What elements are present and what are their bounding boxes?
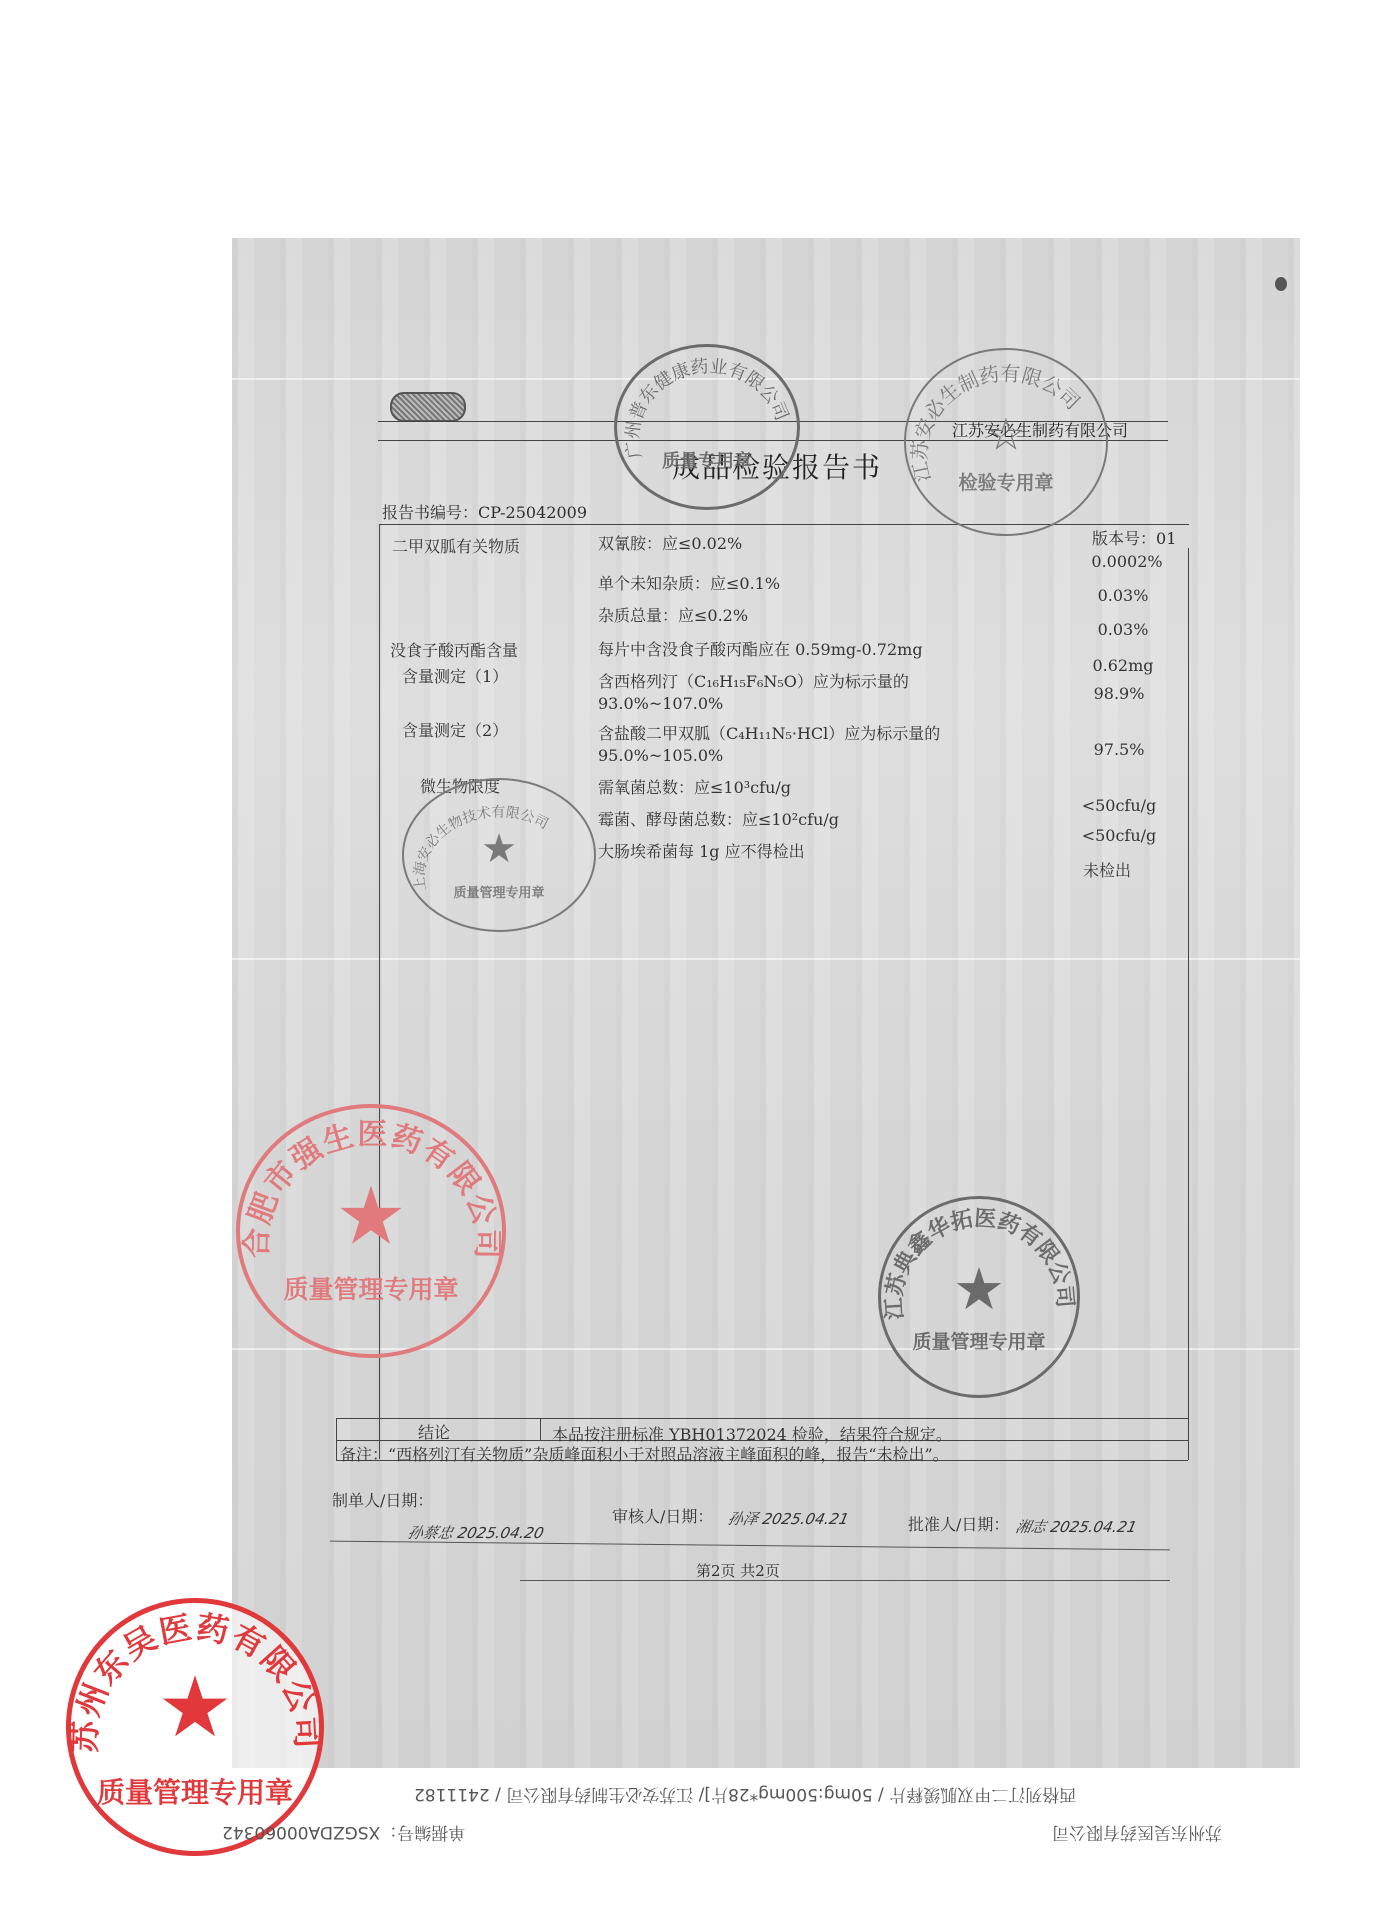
stamp-guangzhou-pudong: 广州普东健康药业有限公司 质量专用章: [614, 344, 800, 510]
stamp-text-ring: 广州普东健康药业有限公司: [617, 347, 797, 507]
stamp-jiangsu-dianxin: 江苏典鑫华拓医药有限公司 ★ 质量管理专用章: [878, 1196, 1080, 1398]
scan-spot: [1275, 277, 1287, 291]
stamp-subtitle: 质量专用章: [617, 447, 797, 473]
footer-company: 苏州东吴医药有限公司: [1052, 1822, 1222, 1847]
item-label: 含量测定（2）: [402, 718, 508, 741]
item-requirement-range: 95.0%~105.0%: [598, 746, 723, 766]
item-result: <50cfu/g: [1064, 796, 1174, 815]
stamp-subtitle: 检验专用章: [906, 468, 1106, 495]
table-right-border: [1188, 548, 1189, 1460]
item-requirement: 含盐酸二甲双胍（C₄H₁₁N₅·HCl）应为标示量的: [598, 724, 940, 744]
item-requirement: 双氰胺：应≤0.02%: [598, 534, 742, 554]
reviewer-signature: 孙泽 2025.04.21: [726, 1508, 851, 1529]
table-outer-left: [336, 1418, 337, 1460]
item-result: 未检出: [1052, 858, 1162, 881]
item-result: 0.62mg: [1068, 656, 1178, 675]
page-number: 第2页 共2页: [696, 1560, 780, 1581]
stamp-shanghai-anbisheng: 上海安必生物技术有限公司 ★ 质量管理专用章: [402, 778, 596, 932]
star-icon: ★: [335, 1170, 407, 1263]
item-requirement: 含西格列汀（C₁₆H₁₅F₆N₅O）应为标示量的: [598, 672, 909, 692]
item-label: 二甲双胍有关物质: [392, 534, 520, 557]
approver-label: 批准人/日期：: [908, 1512, 1009, 1535]
stamp-jiangsu-anbisheng: 江苏安必生制药有限公司 ☆ 检验专用章: [904, 348, 1108, 536]
report-number-label: 报告书编号：: [382, 503, 478, 522]
item-result: 98.9%: [1064, 684, 1174, 703]
item-result: 97.5%: [1064, 740, 1174, 759]
page-rule: [520, 1580, 1170, 1581]
item-result: 0.0002%: [1072, 552, 1182, 571]
doc-number-value: XSGZDA00060342: [222, 1822, 380, 1842]
star-icon: ☆: [986, 409, 1025, 460]
table-conclusion-top: [336, 1418, 1188, 1419]
star-icon: ★: [953, 1255, 1005, 1323]
svg-text:广州普东健康药业有限公司: 广州普东健康药业有限公司: [622, 356, 792, 460]
company-logo: [390, 392, 466, 422]
report-number: 报告书编号：CP-25042009: [382, 500, 587, 523]
doc-number-label: 单据编号：: [380, 1822, 465, 1842]
item-result: <50cfu/g: [1064, 826, 1174, 845]
item-requirement: 杂质总量：应≤0.2%: [598, 606, 748, 626]
star-icon: ★: [157, 1658, 232, 1756]
star-icon: ★: [481, 826, 517, 872]
preparer-signature: 孙蔡忠 2025.04.20: [406, 1522, 546, 1543]
stamp-hefei-qiangsheng: 合肥市强生医药有限公司 ★ 质量管理专用章: [236, 1104, 506, 1358]
stamp-suzhou-dongwu: 苏州东吴医药有限公司 ★ 质量管理专用章: [66, 1598, 324, 1856]
reviewer-label: 审核人/日期：: [612, 1504, 713, 1527]
approver-signature: 湘志 2025.04.21: [1014, 1516, 1139, 1537]
item-requirement: 大肠埃希菌每 1g 应不得检出: [598, 842, 805, 862]
item-requirement: 单个未知杂质：应≤0.1%: [598, 574, 780, 594]
stamp-subtitle: 质量管理专用章: [404, 882, 594, 901]
conclusion-label: 结论: [418, 1420, 450, 1443]
conclusion-divider: [540, 1418, 541, 1440]
footer-doc-number: 单据编号：XSGZDA00060342: [222, 1822, 465, 1847]
item-label: 含量测定（1）: [402, 664, 508, 687]
stamp-subtitle: 质量管理专用章: [71, 1771, 319, 1811]
item-requirement: 霉菌、酵母菌总数：应≤10²cfu/g: [598, 810, 839, 830]
preparer-label: 制单人/日期：: [332, 1488, 433, 1511]
footer-product-line: 西格列汀二甲双胍缓释片 / 50mg:500mg*28片]/ 江苏安必生制药有限…: [414, 1784, 1076, 1809]
report-number-value: CP-25042009: [478, 503, 587, 522]
item-requirement: 需氧菌总数：应≤10³cfu/g: [598, 778, 791, 798]
version-value: 01: [1156, 529, 1176, 548]
item-requirement: 每片中含没食子酸丙酯应在 0.59mg-0.72mg: [598, 640, 923, 660]
item-result: 0.03%: [1068, 620, 1178, 639]
item-label: 没食子酸丙酯含量: [390, 638, 518, 661]
item-result: 0.03%: [1068, 586, 1178, 605]
remark-text: 备注：“西格列汀有关物质”杂质峰面积小于对照品溶液主峰面积的峰，报告“未检出”。: [340, 1442, 949, 1465]
item-requirement-range: 93.0%~107.0%: [598, 694, 723, 714]
stamp-subtitle: 质量管理专用章: [881, 1327, 1077, 1354]
stamp-subtitle: 质量管理专用章: [240, 1270, 502, 1306]
